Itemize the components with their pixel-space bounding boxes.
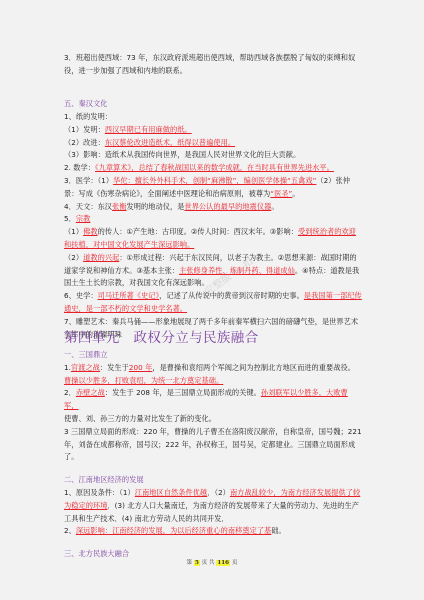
key-point: 世界公认的最早的地震仪器: [184, 202, 271, 211]
key-point: 赤壁之战: [76, 388, 105, 397]
total-pages: 116: [216, 560, 230, 566]
text: ．（2）: [207, 488, 230, 497]
guandu: 1.官渡之战：发生于200 年，是曹操和袁绍两个军阀之间为控制北方地区而进的重要…: [64, 362, 362, 388]
text: 发明的地动仪，是: [127, 202, 185, 211]
paper-improvement: （2）改进：东汉蔡伦改进造纸术，纸得以普遍使用。: [64, 137, 362, 150]
key-point: 曹操以少胜多，打败袁绍，为统一北方奠定基础。: [64, 376, 223, 385]
key-point: “医圣”: [270, 189, 292, 198]
key-point: 东汉蔡伦改进造纸术，纸得以普遍使用。: [105, 138, 235, 147]
text: 。: [292, 189, 299, 198]
paragraph-banchao: 3．班超出使西域：73 年，东汉政府派班超出使西域，帮助西域各族摆脱了匈奴的束缚…: [64, 52, 362, 78]
label: （1）发明：: [64, 125, 105, 134]
section-title-qinhan-culture: 五、秦汉文化: [64, 98, 362, 111]
label: 6、史学：: [64, 291, 98, 300]
paragraph-paper: 1、纸的发明： （1）发明：西汉早期已有用麻做的纸。 （2）改进：东汉蔡伦改进造…: [64, 111, 362, 341]
key-point: 西汉早期已有用麻做的纸。: [105, 125, 192, 134]
religion-heading: 5．宗教: [64, 213, 362, 226]
key-point: 宗教: [76, 214, 90, 223]
label: 4．天文：东汉: [64, 202, 112, 211]
text: 础。: [271, 526, 285, 535]
three-kingdoms-formation: 3 三国鼎立局面的形成：220 年，曹操的儿子曹丕在洛阳废汉献帝，自称皇帝，国号…: [64, 426, 362, 464]
label: （2）: [64, 253, 83, 262]
buddhism: （1）佛教的传人：①产生地：古印度。②传人时间：西汉末年。③影响：受到统治者的欢…: [64, 226, 362, 252]
unit-title: 第四单元 政权分立与民族融合: [64, 326, 259, 346]
label: 2. 数学：: [64, 163, 95, 172]
text: 3．班超出使西域：73 年，东汉政府派班超出使西域，帮助西域各族摆脱了匈奴的束缚…: [64, 53, 355, 75]
chibi: 2．赤壁之战：发生于 208 年，是三国鼎立局面形成的关键。孙刘联军以少胜多，大…: [64, 387, 362, 413]
label: 2．: [64, 388, 76, 397]
key-point: 《九章算术》，总结了春秋战国以来的数学成就，在当时具有世界先进水平。: [95, 163, 334, 172]
label: 第: [187, 560, 193, 566]
key-point: 道教的兴起: [83, 253, 119, 262]
label: 1.: [64, 363, 71, 372]
label: 页: [232, 560, 238, 566]
paper-invention: （1）发明：西汉早期已有用麻做的纸。: [64, 124, 362, 137]
document-page: 3．班超出使西域：73 年，东汉政府派班超出使西域，帮助西域各族摆脱了匈奴的束缚…: [0, 0, 424, 600]
label: 3．医学：（1）: [64, 176, 113, 185]
paper-impact: （3）影响：造纸术从我国传向世界，是我国人民对世界文化的巨大贡献。: [64, 149, 362, 162]
astronomy: 4．天文：东汉张衡发明的地动仪，是世界公认的最早的地震仪器。: [64, 201, 362, 214]
math: 2. 数学：《九章算术》，总结了春秋战国以来的数学成就，在当时具有世界先进水平。: [64, 162, 362, 175]
text: ，是曹操和袁绍两个军阀之间为控制北方地区而进的重要战役。: [152, 363, 355, 372]
text: ．(3) 北方人口大量南迁，为南方经济的发展带来了大量的劳动力、先进的生产工具和…: [64, 501, 359, 523]
text: 。: [271, 202, 278, 211]
label: 2、: [64, 526, 76, 535]
unit4-body: 一、三国鼎立 1.官渡之战：发生于200 年，是曹操和袁绍两个军阀之间为控制北方…: [64, 349, 362, 561]
current-page: 5: [194, 560, 200, 566]
label: 1、原因及条件：（1）: [64, 488, 135, 497]
text: 的传人：①产生地：古印度。②传人时间：西汉末年。③影响：: [98, 227, 298, 236]
chibi-result: 使曹、刘、孙三方的力量对比发生了新的变化。: [64, 413, 362, 426]
key-point: 佛教: [83, 227, 97, 236]
text: ，记述了从传说中的黄帝到汉帝时期的史事。: [159, 291, 304, 300]
label: 页 共: [202, 560, 215, 566]
label: （2）改进：: [64, 138, 105, 147]
key-point: 200 年: [129, 363, 152, 372]
text: ：发生于 208 年，是三国鼎立局面形成的关键。: [105, 388, 261, 397]
key-point: 张衡: [112, 202, 126, 211]
key-point: 华佗：擅长外外科手术，创制“麻沸散”，编创医学体操“五禽戏”: [113, 176, 316, 185]
label: （1）: [64, 227, 83, 236]
section-title-jiangnan: 二、江南地区经济的发展: [64, 474, 362, 487]
key-point: 司马迁所著《史记》: [98, 291, 160, 300]
section-title-three-kingdoms: 一、三国鼎立: [64, 349, 362, 362]
key-point: 深远影响：江南经济的发展，为以后经济重心的南移奠定了基: [76, 526, 271, 535]
label: 5．: [64, 214, 76, 223]
medicine: 3．医学：（1）华佗：擅长外外科手术，创制“麻沸散”，编创医学体操“五禽戏”（2…: [64, 175, 362, 201]
jiangnan-impact: 2、深远影响：江南经济的发展，为以后经济重心的南移奠定了基础。: [64, 525, 362, 538]
page-footer: 第 5 页 共 116 页: [0, 558, 424, 566]
paper-heading: 1、纸的发明：: [64, 111, 362, 124]
key-point: 官渡之战: [71, 363, 100, 372]
text: ：发生于: [100, 363, 129, 372]
jiangnan-causes: 1、原因及条件：（1）江南地区自然条件优越．（2）南方战乱较少，为南方经济发展提…: [64, 487, 362, 525]
key-point: 江南地区自然条件优越: [135, 488, 207, 497]
